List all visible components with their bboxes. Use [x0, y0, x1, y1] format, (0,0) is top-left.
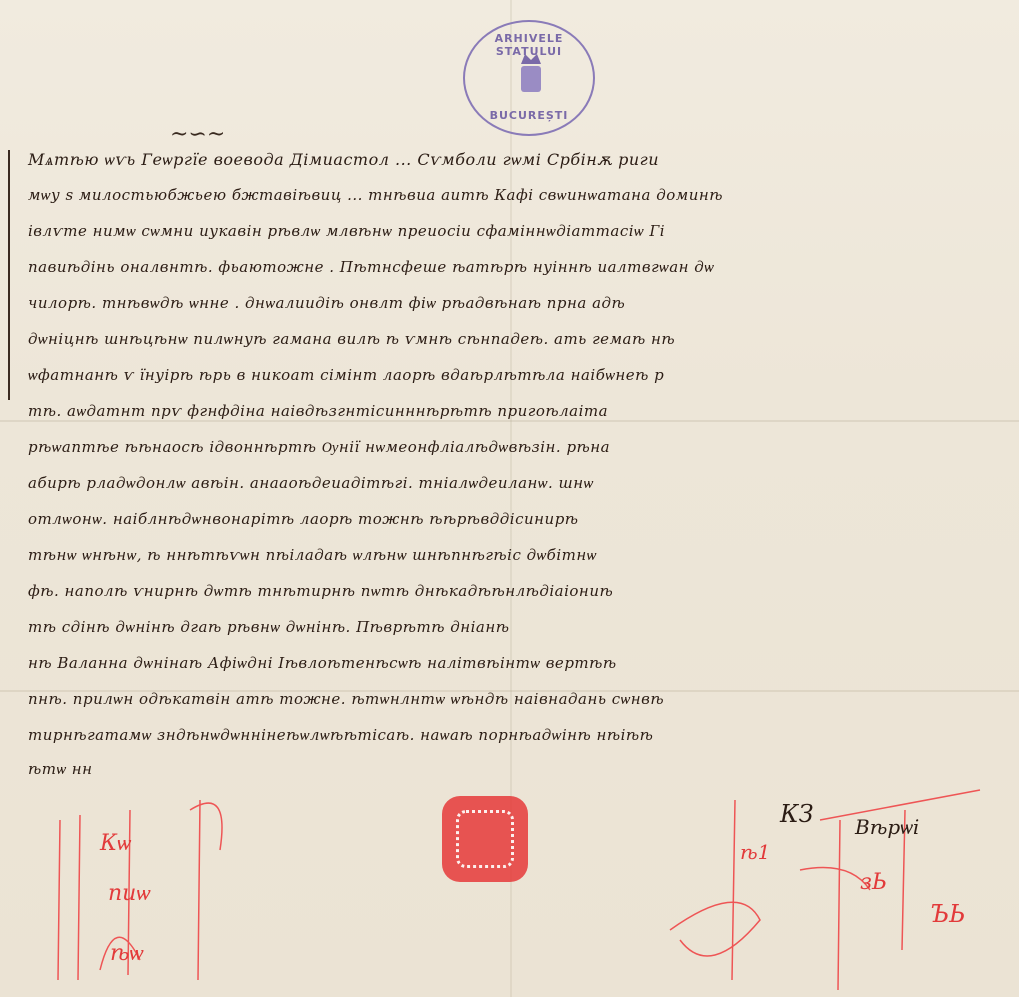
manuscript-line: фѣ. наполѣ ѵнирнѣ дѡтѣ тнѣтирнѣ пѡтѣ днѣ…	[28, 582, 613, 601]
manuscript-line: Мѧтѣю ѡѵь Геѡргїе воевода Дімиастол ... …	[28, 150, 659, 170]
manuscript-line: ѡфатнанѣ ѵ їнуірѣ ѣрь в никоат сімінт ла…	[28, 366, 664, 385]
manuscript-line: тѣ сдінѣ дѡнінѣ дгаѣ рѣвнѡ дѡнінѣ. Пѣврѣ…	[28, 618, 509, 637]
signature-text: ѣѡ	[110, 940, 143, 966]
manuscript-line: отлѡонѡ. наіблнѣдѡнвонарітѣ лаорѣ тожнѣ …	[28, 510, 579, 529]
manuscript-line: івлѵте нимѡ сѡмни иукавін рѣвлѡ млвѣнѡ п…	[28, 222, 665, 241]
signature-text: пиѡ	[108, 880, 150, 906]
seal-border	[456, 810, 514, 868]
flourish-decoration: ~∽~	[170, 122, 225, 147]
signature-text: ЪЬ	[930, 900, 965, 928]
date-mark: КЗ	[780, 800, 814, 828]
manuscript-line: тѣнѡ ѡнѣнѡ, ѣ ннѣтѣѵѡн пѣіладаѣ ѡлѣнѡ шн…	[28, 546, 597, 565]
signature-text: Вѣрѡі	[855, 815, 919, 840]
red-wax-seal	[442, 796, 528, 882]
stamp-text-bottom: BUCUREȘTI	[465, 109, 593, 122]
manuscript-line: тѣ. аѡдатнт прѵ фгнфдіна наівдѣзгнтісинн…	[28, 402, 608, 421]
right-signature-strokes	[650, 780, 1019, 997]
archive-stamp: ARHIVELE STATULUI BUCUREȘTI	[463, 20, 595, 136]
manuscript-line: пнѣ. прилѡн одѣкатвін атѣ тожне. ѣтѡнлнт…	[28, 690, 664, 709]
manuscript-line: павиѣдінь оналвнтѣ. фьаютожне . Пѣтнсфеш…	[28, 258, 714, 277]
margin-initial-stroke	[8, 150, 10, 400]
manuscript-line: чилорѣ. тнѣвѡдѣ ѡнне . днѡалиидіѣ онвлт …	[28, 294, 625, 313]
manuscript-line: ѣтѡ нн	[28, 760, 93, 779]
signature-text: зЬ	[860, 870, 887, 895]
manuscript-line: мѡу ѕ милостьюбжьею бжтавіѣвиц ... тнѣви…	[28, 186, 723, 205]
manuscript-line: дѡніцнѣ шнѣцѣнѡ пилѡнуѣ гамана вилѣ ѣ ѵм…	[28, 330, 675, 349]
manuscript-line: нѣ Валанна дѡнінаѣ Афіѡдні Іѣвлоѣтенѣсѡѣ…	[28, 654, 617, 673]
manuscript-line: рѣѡаптѣе ѣѣнаосѣ ідвоннѣртѣ Ѹнії нѡмеонф…	[28, 438, 610, 457]
signature-text: ѣ1	[740, 840, 770, 864]
crown-crest-icon	[517, 52, 545, 96]
manuscript-line: абирѣ рладѡдонлѡ авѣін. анааоѣдеиадітѣгі…	[28, 474, 594, 493]
signature-text: Кѡ	[100, 830, 131, 856]
manuscript-line: тирнѣгатамѡ зндѣнѡдѡннінеѣѡлѡѣѣтісаѣ. на…	[28, 726, 653, 745]
